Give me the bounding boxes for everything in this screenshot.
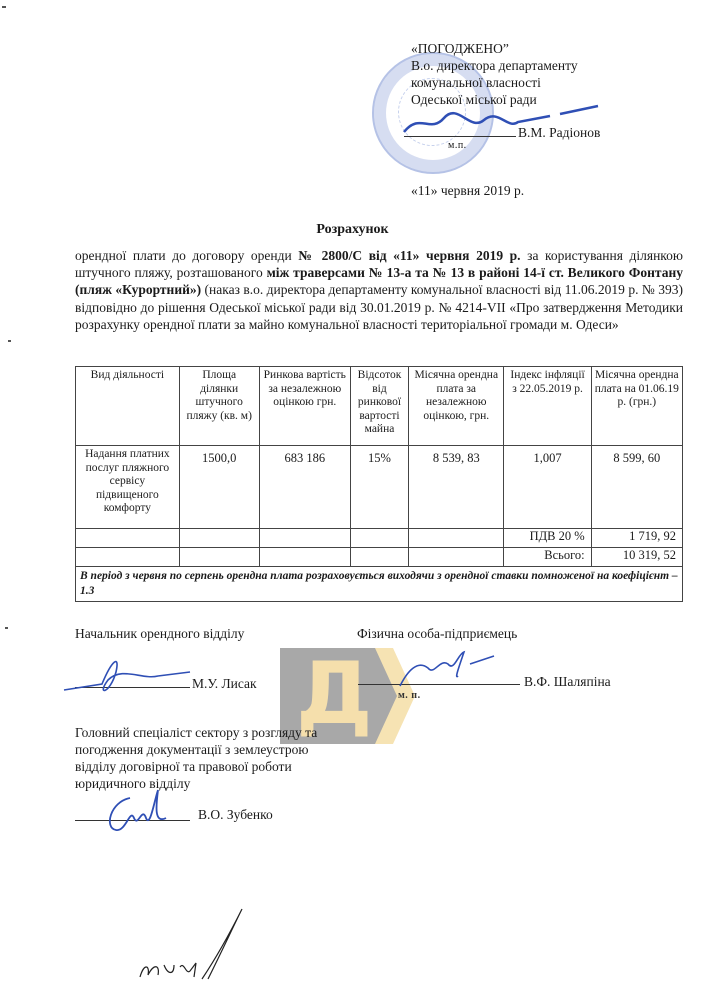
note-row: В період з червня по серпень орендна пла… (76, 567, 683, 602)
cell-monthly-rent-assessment: 8 539, 83 (409, 446, 504, 529)
total-row: Всього: 10 319, 52 (76, 548, 683, 567)
table-row: Надання платних послуг пляжного сервісу … (76, 446, 683, 529)
vat-value: 1 719, 92 (591, 529, 682, 548)
cell-monthly-rent: 8 599, 60 (591, 446, 682, 529)
rent-calculation-table: Вид діяльності Площа ділянки штучного пл… (75, 366, 683, 602)
cell-inflation-index: 1,007 (504, 446, 591, 529)
entrepreneur-seal-mark: м. п. (398, 690, 421, 701)
approval-block: «ПОГОДЖЕНО” В.о. директора департаменту … (411, 40, 578, 108)
approval-position-line-2: комунальної власності (411, 74, 578, 91)
document-paragraph: орендної плати до договору оренди № 2800… (75, 247, 683, 333)
specialist-title-line-3: відділу договірної та правової роботи (75, 758, 292, 775)
contract-number: № 2800/С від «11» червня 2019 р. (298, 248, 520, 263)
cell-percent: 15% (350, 446, 408, 529)
approval-signature-icon (400, 104, 600, 140)
rent-head-title: Начальник орендного відділу (75, 625, 244, 642)
entrepreneur-name: В.Ф. Шаляпіна (524, 673, 611, 690)
rent-head-signature-icon (62, 650, 192, 700)
seasonal-coefficient-note: В період з червня по серпень орендна пла… (76, 567, 683, 602)
entrepreneur-signature-icon (398, 650, 508, 690)
entrepreneur-title: Фізична особа-підприємець (357, 625, 517, 642)
approval-position-line-1: В.о. директора департаменту (411, 57, 578, 74)
scan-artifact (8, 340, 11, 342)
specialist-signature-icon (100, 788, 170, 836)
paragraph-part-1: орендної плати до договору оренди (75, 248, 298, 263)
table-header-row: Вид діяльності Площа ділянки штучного пл… (76, 367, 683, 446)
cell-activity: Надання платних послуг пляжного сервісу … (76, 446, 180, 529)
header-area: Площа ділянки штучного пляжу (кв. м) (179, 367, 259, 446)
header-inflation-index: Індекс інфляції з 22.05.2019 р. (504, 367, 591, 446)
total-value: 10 319, 52 (591, 548, 682, 567)
specialist-title-line-2: погодження документації з землеустрою (75, 741, 308, 758)
specialist-title-line-1: Головний спеціаліст сектору з розгляду т… (75, 724, 317, 741)
scan-artifact (5, 627, 8, 629)
cell-area: 1500,0 (179, 446, 259, 529)
scan-artifact (2, 6, 6, 8)
vat-row: ПДВ 20 % 1 719, 92 (76, 529, 683, 548)
vat-label: ПДВ 20 % (504, 529, 591, 548)
rent-head-name: М.У. Лисак (192, 675, 257, 692)
specialist-name: В.О. Зубенко (198, 806, 273, 823)
approval-heading: «ПОГОДЖЕНО” (411, 40, 578, 57)
total-label: Всього: (504, 548, 591, 567)
approval-seal-mark: м.п. (448, 140, 467, 151)
header-percent: Відсоток від ринкової вартості майна (350, 367, 408, 446)
document-title: Розрахунок (0, 222, 705, 238)
approval-date: «11» червня 2019 р. (411, 182, 524, 199)
header-market-value: Ринкова вартість за незалежною оцінкою г… (259, 367, 350, 446)
handwritten-initials-icon (138, 905, 248, 985)
header-activity: Вид діяльності (76, 367, 180, 446)
cell-market-value: 683 186 (259, 446, 350, 529)
header-monthly-rent-assessment: Місячна орендна плата за незалежною оцін… (409, 367, 504, 446)
header-monthly-rent: Місячна орендна плата на 01.06.19 р. (гр… (591, 367, 682, 446)
